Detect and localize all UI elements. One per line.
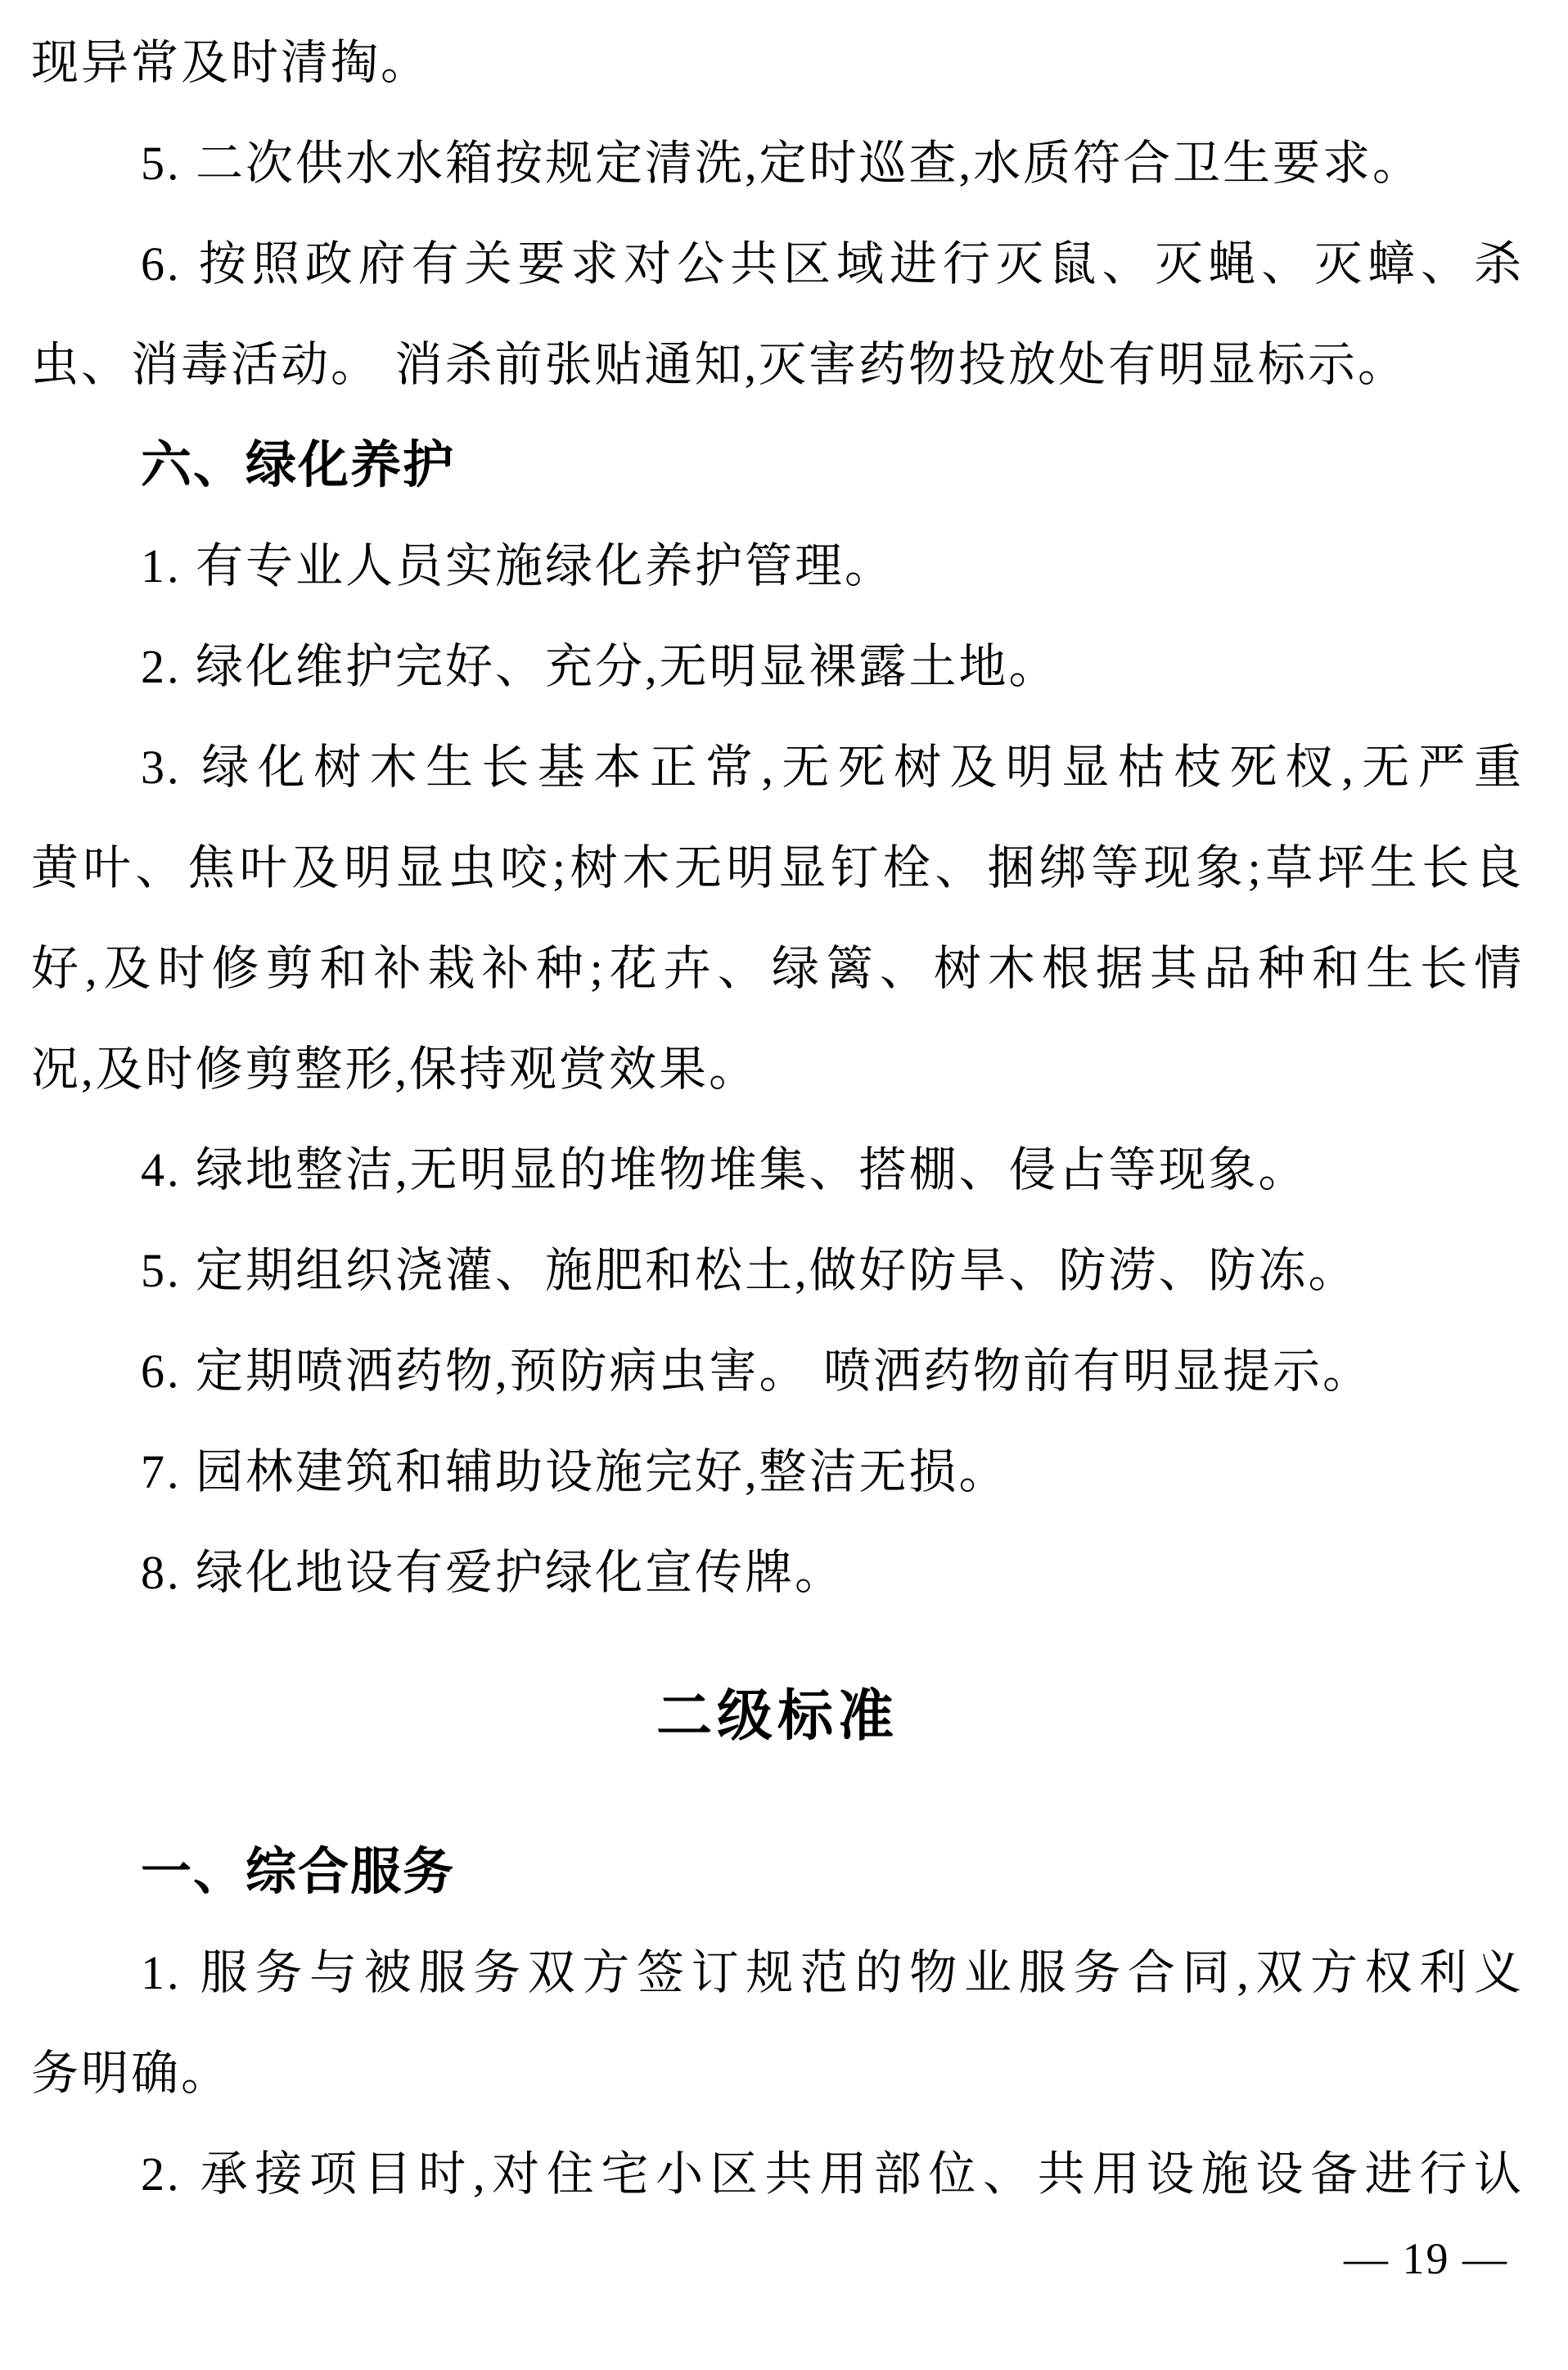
numbered-item-line: 5. 二次供水水箱按规定清洗,定时巡查,水质符合卫生要求。 — [31, 113, 1524, 214]
numbered-item-line: 1. 服务与被服务双方签订规范的物业服务合同,双方权利义 — [31, 1922, 1524, 2023]
numbered-item-line: 4. 绿地整洁,无明显的堆物堆集、搭棚、侵占等现象。 — [31, 1120, 1524, 1220]
page-title: 二级标准 — [31, 1666, 1524, 1767]
numbered-item-line: 2. 承接项目时,对住宅小区共用部位、共用设施设备进行认 — [31, 2124, 1524, 2224]
numbered-item-line: 6. 按照政府有关要求对公共区域进行灭鼠、灭蝇、灭蟑、杀 — [31, 214, 1524, 314]
section-heading: 一、综合服务 — [31, 1822, 1524, 1922]
document-page: 现异常及时清掏。5. 二次供水水箱按规定清洗,定时巡查,水质符合卫生要求。6. … — [0, 0, 1568, 2370]
page-number: — 19 — — [1344, 2234, 1508, 2283]
numbered-item-line: 2. 绿化维护完好、充分,无明显裸露土地。 — [31, 616, 1524, 717]
paragraph-continuation-line: 务明确。 — [31, 2023, 1524, 2124]
numbered-item-line: 5. 定期组织浇灌、施肥和松土,做好防旱、防涝、防冻。 — [31, 1220, 1524, 1321]
numbered-item-line: 1. 有专业人员实施绿化养护管理。 — [31, 516, 1524, 616]
paragraph-continuation-line: 况,及时修剪整形,保持观赏效果。 — [31, 1019, 1524, 1120]
numbered-item-line: 3. 绿化树木生长基本正常,无死树及明显枯枝死杈,无严重 — [31, 717, 1524, 818]
section-heading: 六、绿化养护 — [31, 415, 1524, 516]
numbered-item-line: 6. 定期喷洒药物,预防病虫害。 喷洒药物前有明显提示。 — [31, 1321, 1524, 1422]
document-body: 现异常及时清掏。5. 二次供水水箱按规定清洗,定时巡查,水质符合卫生要求。6. … — [0, 0, 1568, 2224]
numbered-item-line: 8. 绿化地设有爱护绿化宣传牌。 — [31, 1522, 1524, 1623]
numbered-item-line: 7. 园林建筑和辅助设施完好,整洁无损。 — [31, 1422, 1524, 1522]
paragraph-continuation-line: 虫、消毒活动。 消杀前张贴通知,灭害药物投放处有明显标示。 — [31, 314, 1524, 415]
paragraph-continuation-line: 好,及时修剪和补栽补种;花卉、绿篱、树木根据其品种和生长情 — [31, 918, 1524, 1019]
paragraph-continuation-line: 黄叶、焦叶及明显虫咬;树木无明显钉栓、捆绑等现象;草坪生长良 — [31, 818, 1524, 918]
page-footer: — 19 — — [1344, 2226, 1508, 2291]
paragraph-continuation-line: 现异常及时清掏。 — [31, 12, 1524, 113]
